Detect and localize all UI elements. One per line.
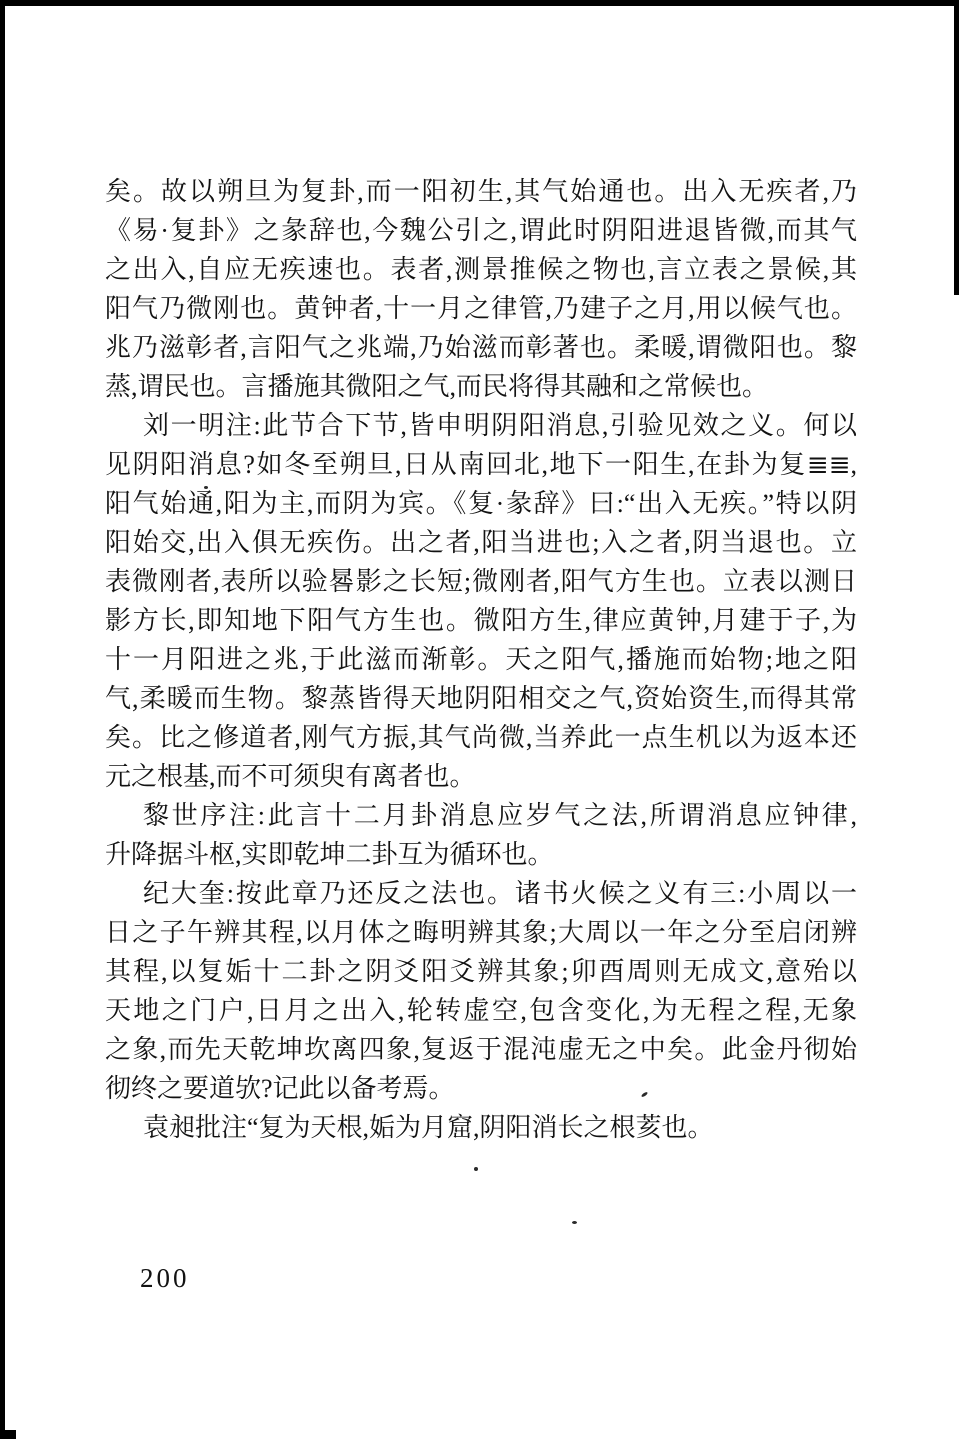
text-line: 表微刚者,表所以验晷影之长短;微刚者,阳气方生也。立表以测日 <box>105 562 857 601</box>
text-line paragraph-end: 彻终之要道欤?记此以备考焉。 <box>105 1069 857 1108</box>
text-line: 日之子午辨其程,以月体之晦明辨其象;大周以一年之分至启闭辨 <box>105 913 857 952</box>
text-line paragraph-end: 升降据斗枢,实即乾坤二卦互为循环也。 <box>105 835 857 874</box>
text-line: 之出入,自应无疾速也。表者,测景推候之物也,言立表之景候,其 <box>105 250 857 289</box>
text-line: 阳气乃微刚也。黄钟者,十一月之律管,乃建子之月,用以候气也。 <box>105 289 857 328</box>
text-line paragraph-end: 蒸,谓民也。言播施其微阳之气,而民将得其融和之常候也。 <box>105 367 857 406</box>
page-number: 200 <box>140 1263 190 1294</box>
paragraph-start-line paragraph-end: 袁昶批注“复为天根,姤为月窟,阴阳消长之根荄也。 <box>105 1108 857 1147</box>
scan-border-right <box>954 0 959 295</box>
text-line: 矣。比之修道者,刚气方振,其气尚微,当养此一点生机以为返本还 <box>105 718 857 757</box>
ink-speck <box>572 1221 577 1224</box>
text-line: 阳气始通,阳为主,而阴为宾。《复·彖辞》曰:“出入无疾。”特以阴 <box>105 484 857 523</box>
book-page: 矣。故以朔旦为复卦,而一阳初生,其气始通也。出入无疾者,乃 《易·复卦》之彖辞也… <box>0 0 959 1439</box>
text-line: 见阴阳消息?如冬至朔旦,日从南回北,地下一阳生,在卦为复≣≣, <box>105 445 857 484</box>
scan-border-left <box>0 0 5 1439</box>
text-line: 天地之门户,日月之出入,轮转虚空,包含变化,为无程之程,无象 <box>105 991 857 1030</box>
text-line: 阳始交,出入俱无疾伤。出之者,阳当进也;入之者,阴当退也。立 <box>105 523 857 562</box>
text-line: 之象,而先天乾坤坎离四象,复返于混沌虚无之中矣。此金丹彻始 <box>105 1030 857 1069</box>
ink-speck <box>204 486 208 489</box>
text-line: 兆乃滋彰者,言阳气之兆端,乃始滋而彰著也。柔暖,谓微阳也。黎 <box>105 328 857 367</box>
scan-border-top <box>0 0 959 6</box>
text-line paragraph-end: 元之根基,而不可须臾有离者也。 <box>105 757 857 796</box>
ink-speck <box>474 1167 478 1171</box>
text-line: 其程,以复姤十二卦之阴爻阳爻辨其象;卯酉周则无成文,意殆以 <box>105 952 857 991</box>
paragraph-start-line: 黎世序注:此言十二月卦消息应岁气之法,所谓消息应钟律, <box>105 796 857 835</box>
text-line: 矣。故以朔旦为复卦,而一阳初生,其气始通也。出入无疾者,乃 <box>105 172 857 211</box>
text-line: 影方长,即知地下阳气方生也。微阳方生,律应黄钟,月建于子,为 <box>105 601 857 640</box>
paragraph-start-line: 刘一明注:此节合下节,皆申明阴阳消息,引验见效之义。何以 <box>105 406 857 445</box>
text-line: 气,柔暖而生物。黎蒸皆得天地阴阳相交之气,资始资生,而得其常 <box>105 679 857 718</box>
scan-border-bottom-left <box>0 1430 16 1439</box>
text-line: 《易·复卦》之彖辞也,今魏公引之,谓此时阴阳进退皆微,而其气 <box>105 211 857 250</box>
paragraph-start-line: 纪大奎:按此章乃还反之法也。诸书火候之义有三:小周以一 <box>105 874 857 913</box>
text-line: 十一月阳进之兆,于此滋而渐彰。天之阳气,播施而始物;地之阳 <box>105 640 857 679</box>
text-block: 矣。故以朔旦为复卦,而一阳初生,其气始通也。出入无疾者,乃 《易·复卦》之彖辞也… <box>105 172 857 1147</box>
